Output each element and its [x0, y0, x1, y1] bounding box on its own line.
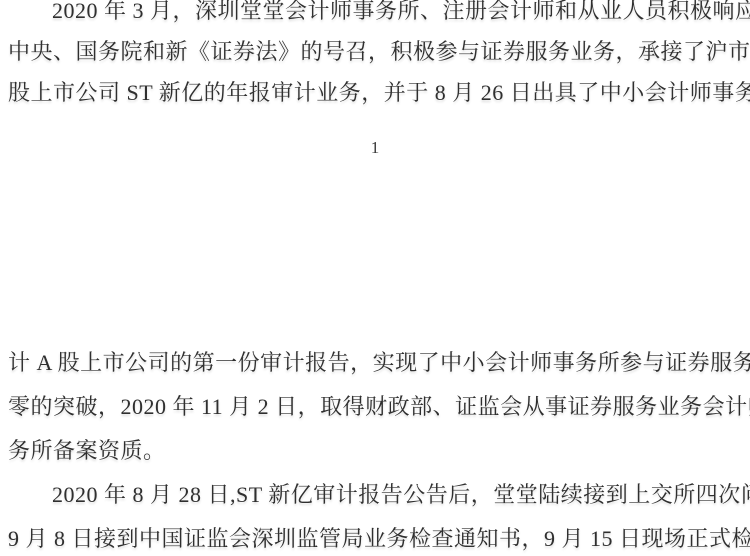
text-line: 2020 年 3 月，深圳堂堂会计师事务所、注册会计师和从业人员积极响应党 [8, 0, 742, 31]
text-line: 零的突破，2020 年 11 月 2 日，取得财政部、证监会从事证券服务业务会计… [8, 385, 742, 429]
text-line: 中央、国务院和新《证券法》的号召，积极参与证券服务业务，承接了沪市 A [8, 31, 742, 72]
page1-paragraph: 2020 年 3 月，深圳堂堂会计师事务所、注册会计师和从业人员积极响应党 中央… [8, 0, 742, 113]
text-line: 股上市公司 ST 新亿的年报审计业务，并于 8 月 26 日出具了中小会计师事务… [8, 72, 742, 113]
text-line: 9 月 8 日接到中国证监会深圳监管局业务检查通知书，9 月 15 日现场正式检… [8, 517, 742, 556]
text-line: 计 A 股上市公司的第一份审计报告，实现了中小会计师事务所参与证券服务业务 [8, 341, 742, 385]
text-line: 务所备案资质。 [8, 429, 742, 473]
page2-paragraphs: 计 A 股上市公司的第一份审计报告，实现了中小会计师事务所参与证券服务业务 零的… [8, 341, 742, 556]
text-line: 2020 年 8 月 28 日,ST 新亿审计报告公告后，堂堂陆续接到上交所四次… [8, 473, 742, 517]
scanned-document-page: 2020 年 3 月，深圳堂堂会计师事务所、注册会计师和从业人员积极响应党 中央… [0, 0, 750, 556]
page-number: 1 [0, 136, 750, 160]
